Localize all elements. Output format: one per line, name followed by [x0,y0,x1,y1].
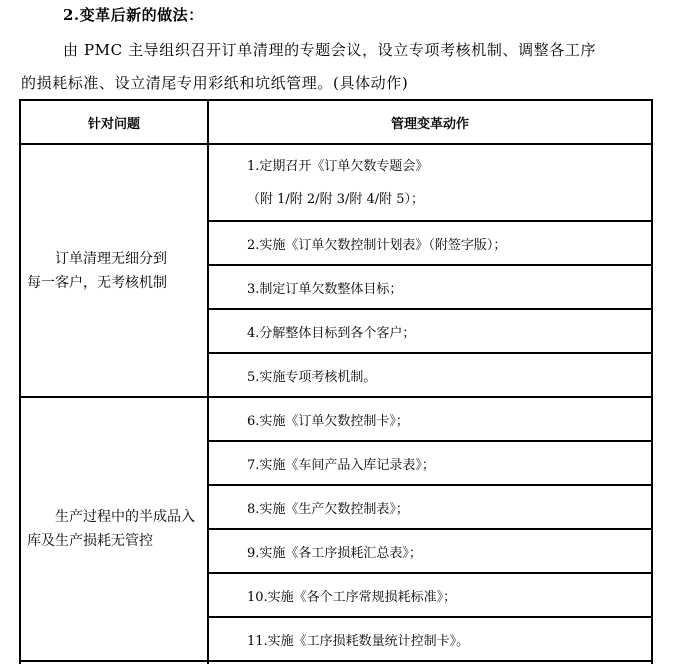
issue-text: 订单清理无细分到 [55,251,167,267]
table-row: 生产过程中的半成品入 库及生产损耗无管控 6.实施《订单欠数控制卡》； [20,397,652,441]
action-text: 1.定期召开《订单欠数专题会》 [247,150,651,183]
action-cell: 9.实施《各工序损耗汇总表》； [208,529,652,573]
table-header-row: 针对问题 管理变革动作 [20,100,652,144]
change-actions-table: 针对问题 管理变革动作 订单清理无细分到 每一客户，无考核机制 1.定期召开《订… [19,99,653,664]
paragraph-line-2: 的损耗标准、设立清尾专用彩纸和坑纸管理。(具体动作) [21,72,408,93]
issue-cell-2: 生产过程中的半成品入 库及生产损耗无管控 [20,397,208,661]
action-cell: 4.分解整体目标到各个客户； [208,309,652,353]
action-cell: 5.实施专项考核机制。 [208,353,652,397]
header-actions: 管理变革动作 [208,100,652,144]
issue-text: 库及生产损耗无管控 [27,533,153,549]
paragraph-line-1: 由 PMC 主导组织召开订单清理的专题会议，设立专项考核机制、调整各工序 [63,39,596,60]
section-heading: 2.变革后新的做法： [63,4,204,25]
action-cell: 10.实施《各个工序常规损耗标准》； [208,573,652,617]
action-text: （附 1/附 2/附 3/附 4/附 5）； [247,183,651,216]
action-cell: 8.实施《生产欠数控制表》； [208,485,652,529]
issue-text: 每一客户，无考核机制 [27,275,167,291]
action-cell: 3.制定订单欠数整体目标； [208,265,652,309]
issue-text: 生产过程中的半成品入 [55,509,195,525]
action-cell: 2.实施《订单欠数控制计划表》（附签字版）； [208,221,652,265]
action-cell: 11.实施《工序损耗数量统计控制卡》。 [208,617,652,661]
issue-cell-1: 订单清理无细分到 每一客户，无考核机制 [20,144,208,397]
table-row: 订单清理无细分到 每一客户，无考核机制 1.定期召开《订单欠数专题会》 （附 1… [20,144,652,221]
action-cell: 6.实施《订单欠数控制卡》； [208,397,652,441]
header-issue: 针对问题 [20,100,208,144]
action-cell: 1.定期召开《订单欠数专题会》 （附 1/附 2/附 3/附 4/附 5）； [208,144,652,221]
action-cell: 7.实施《车间产品入库记录表》； [208,441,652,485]
